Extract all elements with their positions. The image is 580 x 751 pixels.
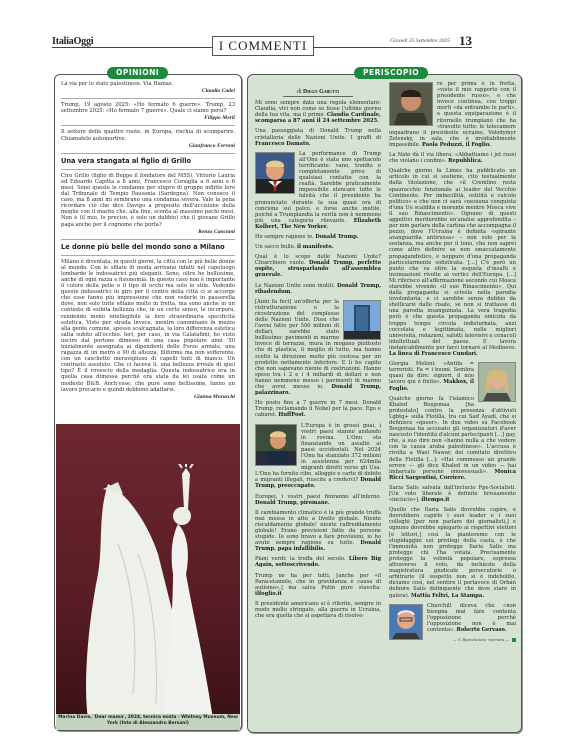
quote-text: Ho sempre ragione io.	[255, 234, 315, 240]
newspaper-brand: ItaliaOggi	[52, 36, 93, 47]
zelensky-photo	[389, 82, 433, 126]
quote-item: Europei, i vostri paesi finiranno all'in…	[255, 494, 381, 506]
quote-item: Churchill diceva che «non bisogna mai fa…	[389, 603, 516, 633]
sculpture-image	[78, 464, 228, 714]
periscopio-tag: PERISCOPIO	[354, 67, 428, 79]
byline-author: Diego Gabutti	[303, 89, 339, 95]
quote-item: Piani verdi: la truffa del secolo. Liber…	[255, 556, 381, 568]
quote-text: Ilaria Salis salvata dall'inciucio Ppe-S…	[389, 485, 516, 503]
quote-text: Piani verdi: la truffa del secolo.	[255, 556, 349, 562]
opinion-item: Trump, 19 agosto 2025: «Ho fermato 6 gue…	[61, 102, 235, 121]
page-header: ItaliaOggi I COMMENTI Giovedì 25 Settemb…	[52, 30, 472, 60]
end-square-icon	[512, 638, 516, 642]
quote-item: [Anni fa feci] un'offerta per la ristrut…	[255, 299, 381, 397]
quote-text: Una passeggiata di Donald Trump nella cr…	[255, 128, 381, 140]
quote-text: Quello che Ilaria Salis dovrebbe capire,…	[389, 507, 516, 598]
trump-un-photo	[255, 424, 297, 466]
opinion-text: Il settore delle quattro ruote, in Europ…	[61, 129, 235, 141]
quote-text: Il presidente americano si è riferito, s…	[255, 601, 381, 619]
divider	[61, 255, 235, 256]
trump-photo	[255, 152, 295, 194]
quote-item: re per prima e in fretta, «visto il mio …	[389, 81, 516, 148]
divider	[61, 153, 235, 154]
opinion-item: La via per lo stato palestinese. Via Ham…	[61, 81, 235, 94]
quote-source: Donald Trump.	[315, 234, 358, 240]
quote-item: Il presidente americano si è riferito, s…	[255, 601, 381, 619]
quote-text: Qualche giorno fa l'islamico Khaled Bouj…	[389, 396, 516, 475]
quote-item: Una passeggiata di Donald Trump nella cr…	[255, 128, 381, 146]
opinion-author: Filippo Merli	[61, 115, 235, 121]
quote-source: Donald Trump, piromane.	[255, 500, 330, 506]
quote-item: Ilaria Salis salvata dall'inciucio Ppe-S…	[389, 485, 516, 503]
opinioni-content: La via per lo stato palestinese. Via Ham…	[61, 81, 235, 404]
quote-text: Qualche giorno fa Limes ha pubblicato un…	[389, 168, 516, 351]
divider	[61, 239, 235, 240]
opinioni-panel: OPINIONI La via per lo stato palestinese…	[54, 74, 242, 731]
gervaso-photo	[389, 604, 423, 640]
quote-source: ilfoglio.it	[255, 591, 282, 597]
quote-item: Ho posto fine a 7 guerre in 7 mesi. Dona…	[255, 400, 381, 418]
quote-item: La Nato dà il via libera: «Abbattiamo i …	[389, 152, 516, 164]
quote-source: HuffPost.	[278, 412, 305, 418]
quote-source: iltempo.it	[421, 497, 449, 503]
article-text: Milano è diventata, in questi giorni, la…	[61, 259, 235, 393]
meloni-photo	[478, 362, 516, 402]
quote-item: Il cambiamento climatico è la più grande…	[255, 510, 381, 553]
quote-source: La linea di Francesco Cundari.	[389, 351, 478, 357]
issue-date: Giovedì 25 Settembre 2025	[390, 38, 450, 44]
periscopio-column-2: re per prima e in fretta, «visto il mio …	[389, 81, 516, 643]
quote-item: Un sacco bullo. il manifesto.	[255, 244, 381, 250]
opinion-text: Trump, 19 agosto 2025: «Ho fermato 6 gue…	[61, 102, 235, 114]
quote-source: Mattia Feltri, La Stampa.	[411, 593, 484, 599]
article-body: Milano è diventata, in questi giorni, la…	[61, 259, 235, 400]
quote-source: Repubblica.	[448, 158, 483, 164]
periscopio-column-1: di Diego Gabutti Mi sono sempre data una…	[255, 89, 381, 623]
quote-text: Ho posto fine a 7 guerre in 7 mesi. Dona…	[255, 400, 381, 418]
quote-item: Giorgia Meloni: «Antifa = terroristi. Fa…	[389, 361, 516, 391]
quote-item: Qual è lo scopo delle Nazioni Unite? Chi…	[255, 254, 381, 278]
divider	[61, 98, 235, 99]
sculpture-photo	[56, 424, 240, 714]
quote-item: Mi sono sempre data una regola elementar…	[255, 100, 381, 124]
quote-item: Quello che Ilaria Salis dovrebbe capire,…	[389, 507, 516, 598]
quote-item: L'Europa è in grossi guai, i vostri paes…	[255, 423, 381, 490]
article-author: Gianna Moraschi	[61, 394, 235, 400]
quote-item: Trump ne ha per tutti, [anche per «il Pa…	[255, 573, 381, 597]
quote-source: Roberto Gervaso.	[457, 627, 507, 633]
byline: di Diego Gabutti	[283, 89, 353, 97]
article-text: Ciro Grillo (figlio di Beppe il fondator…	[61, 173, 235, 228]
quote-item: Ho sempre ragione io. Donald Trump.	[255, 234, 381, 240]
divider	[61, 169, 235, 170]
quote-text: Trump ne ha per tutti, [anche per «il Pa…	[255, 573, 381, 591]
skyscraper-photo	[343, 300, 381, 340]
byline-prefix: di	[297, 89, 302, 95]
photo-caption: Marina Davis, 'Dear mama', 2024, tecnica…	[56, 714, 240, 730]
quote-item: La performance di Trump all'Onu è stata …	[255, 151, 381, 230]
article-headline: Una vera stangata al figlio di Grillo	[61, 157, 235, 165]
quote-text: Un sacco bullo.	[255, 244, 297, 250]
article-author: Renzo Canciani	[61, 229, 235, 235]
divider	[61, 125, 235, 126]
quote-source: Paola Peduzzi, il Foglio.	[422, 142, 491, 148]
copyright-note: © Riproduzione riservata	[458, 638, 505, 642]
page-number: 13	[459, 33, 472, 49]
article-body: Ciro Grillo (figlio di Beppe il fondator…	[61, 173, 235, 235]
quote-source: Francesco Damato.	[255, 141, 311, 147]
article-headline: Le donne più belle del mondo sono a Mila…	[61, 243, 235, 251]
quote-item: Le Nazioni Unite sono inutili. Donald Tr…	[255, 283, 381, 295]
quote-source: il manifesto.	[297, 244, 333, 250]
quote-text: Le Nazioni Unite sono inutili.	[255, 283, 337, 289]
opinioni-tag: OPINIONI	[107, 67, 168, 79]
section-title: I COMMENTI	[212, 36, 314, 56]
quote-item: Qualche giorno fa l'islamico Khaled Bouj…	[389, 396, 516, 481]
periscopio-panel: PERISCOPIO di Diego Gabutti Mi sono semp…	[247, 74, 522, 733]
opinion-text: La via per lo stato palestinese. Via Ham…	[61, 81, 173, 87]
quote-item: Qualche giorno fa Limes ha pubblicato un…	[389, 168, 516, 357]
opinion-author: Gianfranco Ferroni	[61, 143, 235, 149]
opinion-author: Claudio Cadei	[61, 88, 235, 94]
opinion-item: Il settore delle quattro ruote, in Europ…	[61, 129, 235, 148]
quote-text: Europei, i vostri paesi finiranno all'in…	[255, 494, 381, 500]
